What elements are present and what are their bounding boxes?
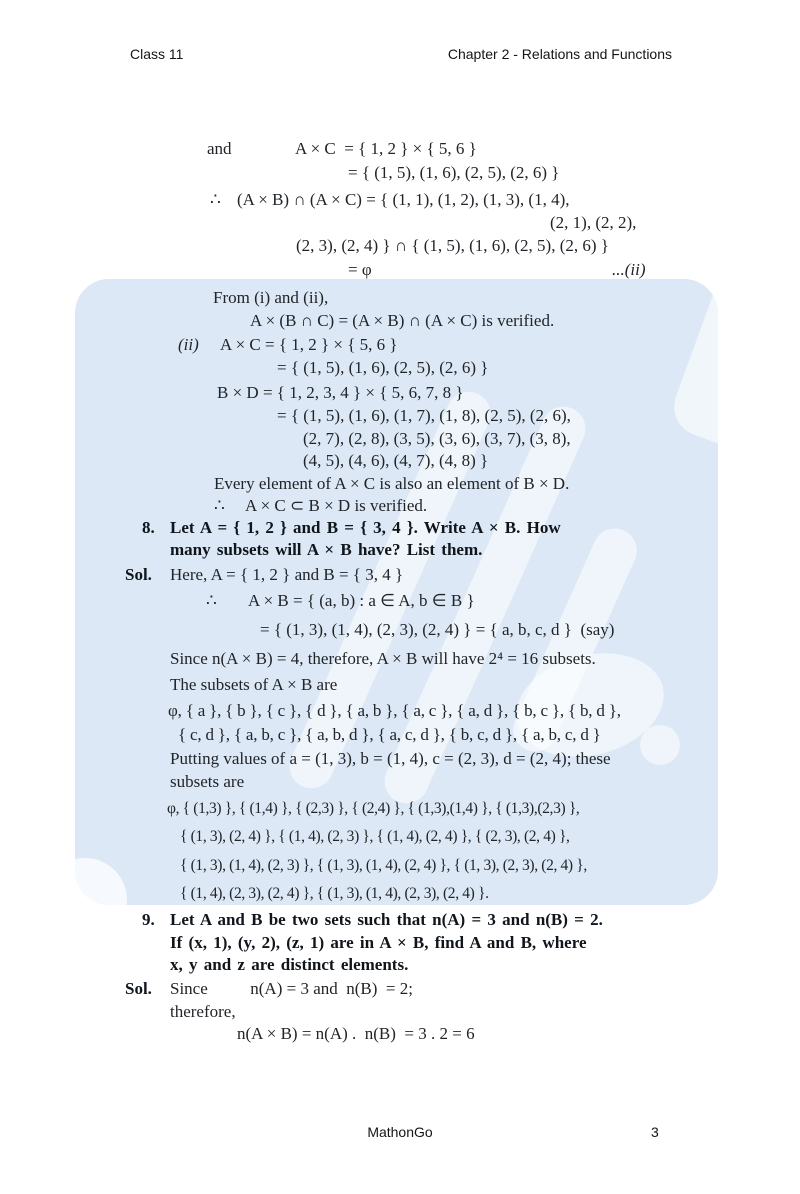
equation-text: n(A × B) = n(A) . n(B) = 3 . 2 = 6: [237, 1024, 475, 1043]
question-number: 8.: [142, 518, 170, 538]
question-text: If (x, 1), (y, 2), (z, 1) are in A × B, …: [170, 933, 587, 952]
question-8-line-1: 8.Let A = { 1, 2 } and B = { 3, 4 }. Wri…: [142, 518, 561, 538]
equation-text: (4, 5), (4, 6), (4, 7), (4, 8) }: [303, 451, 488, 470]
text: Since n(A) = 3 and n(B) = 2;: [170, 979, 413, 998]
solution-text: From (i) and (ii),: [213, 288, 328, 308]
text: subsets are: [170, 772, 244, 791]
equation-text: = { (1, 5), (1, 6), (1, 7), (1, 8), (2, …: [277, 406, 571, 425]
solution-text: Every element of A × C is also an elemen…: [214, 474, 569, 494]
equation-text: A × C ⊂ B × D is verified.: [245, 496, 427, 515]
equation-line: = { (1, 3), (1, 4), (2, 3), (2, 4) } = {…: [260, 620, 614, 640]
equation-line: (2, 3), (2, 4) } ∩ { (1, 5), (1, 6), (2,…: [296, 236, 609, 256]
equation-text: (A × B) ∩ (A × C) = { (1, 1), (1, 2), (1…: [237, 190, 570, 209]
subset-list-line: { (1, 3), (1, 4), (2, 3) }, { (1, 3), (1…: [180, 856, 587, 876]
equation-line: (2, 7), (2, 8), (3, 5), (3, 6), (3, 7), …: [303, 429, 571, 449]
and-connector: and: [207, 139, 295, 159]
equation-line: ∴(A × B) ∩ (A × C) = { (1, 1), (1, 2), (…: [210, 190, 570, 210]
equation-line: A × (B ∩ C) = (A × B) ∩ (A × C) is verif…: [250, 311, 554, 331]
question-9-line-2: If (x, 1), (y, 2), (z, 1) are in A × B, …: [170, 933, 587, 953]
footer-page-number: 3: [651, 1124, 659, 1140]
item-marker-ii: (ii): [178, 335, 220, 355]
header-class-label: Class 11: [130, 46, 183, 62]
solution-9-line: Sol.Since n(A) = 3 and n(B) = 2;: [125, 979, 413, 999]
subset-list-line: { (1, 4), (2, 3), (2, 4) }, { (1, 3), (1…: [180, 884, 489, 904]
watermark-corner-glow: [75, 858, 127, 905]
solution-text: therefore,: [170, 1002, 236, 1022]
equation-text: (2, 1), (2, 2),: [550, 213, 636, 232]
text: From (i) and (ii),: [213, 288, 328, 307]
solution-text: The subsets of A × B are: [170, 675, 337, 695]
equation-text: B × D = { 1, 2, 3, 4 } × { 5, 6, 7, 8 }: [217, 383, 464, 402]
equation-tag-ii: ...(ii): [612, 260, 646, 280]
equation-text: A × (B ∩ C) = (A × B) ∩ (A × C) is verif…: [250, 311, 554, 330]
equation-line: = φ...(ii): [348, 260, 372, 280]
question-9-line-3: x, y and z are distinct elements.: [170, 955, 408, 975]
therefore-symbol: ∴: [210, 190, 237, 210]
equation-text: A × C = { 1, 2 } × { 5, 6 }: [295, 139, 477, 158]
equation-text: (2, 7), (2, 8), (3, 5), (3, 6), (3, 7), …: [303, 429, 571, 448]
solution-text: Putting values of a = (1, 3), b = (1, 4)…: [170, 749, 611, 769]
sol-label: Sol.: [125, 565, 170, 585]
text: Putting values of a = (1, 3), b = (1, 4)…: [170, 749, 611, 768]
subset-list-line: φ, { a }, { b }, { c }, { d }, { a, b },…: [168, 701, 621, 721]
equation-text: = { (1, 5), (1, 6), (2, 5), (2, 6) }: [348, 163, 559, 182]
question-text: x, y and z are distinct elements.: [170, 955, 408, 974]
equation-line: n(A × B) = n(A) . n(B) = 3 . 2 = 6: [237, 1024, 475, 1044]
equation-text: = φ: [348, 260, 372, 279]
solution-text: Since n(A × B) = 4, therefore, A × B wil…: [170, 649, 596, 669]
header-chapter-title: Chapter 2 - Relations and Functions: [448, 46, 672, 62]
therefore-symbol: ∴: [214, 496, 245, 516]
subset-list-line: φ, { (1,3) }, { (1,4) }, { (2,3) }, { (2…: [167, 799, 579, 819]
question-9-line-1: 9.Let A and B be two sets such that n(A)…: [142, 910, 603, 930]
text: φ, { (1,3) }, { (1,4) }, { (2,3) }, { (2…: [167, 800, 579, 817]
equation-line: = { (1, 5), (1, 6), (1, 7), (1, 8), (2, …: [277, 406, 571, 426]
equation-line: (ii)A × C = { 1, 2 } × { 5, 6 }: [178, 335, 398, 355]
question-text: Let A and B be two sets such that n(A) =…: [170, 910, 603, 929]
therefore-symbol: ∴: [206, 591, 248, 611]
equation-text: A × B = { (a, b) : a ∈ A, b ∈ B }: [248, 591, 475, 610]
solution-text: subsets are: [170, 772, 244, 792]
sol-label: Sol.: [125, 979, 170, 999]
equation-text: = { (1, 5), (1, 6), (2, 5), (2, 6) }: [277, 358, 488, 377]
equation-line: (2, 1), (2, 2),: [550, 213, 636, 233]
text: { (1, 3), (2, 4) }, { (1, 4), (2, 3) }, …: [180, 828, 570, 845]
equation-line: B × D = { 1, 2, 3, 4 } × { 5, 6, 7, 8 }: [217, 383, 464, 403]
question-number: 9.: [142, 910, 170, 930]
text: { c, d }, { a, b, c }, { a, b, d }, { a,…: [178, 725, 601, 744]
question-text: many subsets will A × B have? List them.: [170, 540, 482, 559]
footer-brand: MathonGo: [0, 1124, 800, 1140]
question-8-line-2: many subsets will A × B have? List them.: [170, 540, 482, 560]
text: Here, A = { 1, 2 } and B = { 3, 4 }: [170, 565, 403, 584]
text: { (1, 4), (2, 3), (2, 4) }, { (1, 3), (1…: [180, 885, 489, 902]
equation-text: A × C = { 1, 2 } × { 5, 6 }: [220, 335, 398, 354]
equation-line: = { (1, 5), (1, 6), (2, 5), (2, 6) }: [277, 358, 488, 378]
watermark-stroke: [666, 279, 718, 462]
equation-line: andA × C = { 1, 2 } × { 5, 6 }: [207, 139, 477, 159]
equation-text: = { (1, 3), (1, 4), (2, 3), (2, 4) } = {…: [260, 620, 614, 639]
watermark-dot: [640, 725, 680, 765]
textbook-page: Class 11 Chapter 2 - Relations and Funct…: [0, 0, 800, 1194]
equation-line: ∴A × B = { (a, b) : a ∈ A, b ∈ B }: [206, 591, 475, 611]
text: { (1, 3), (1, 4), (2, 3) }, { (1, 3), (1…: [180, 857, 587, 874]
subset-list-line: { c, d }, { a, b, c }, { a, b, d }, { a,…: [178, 725, 601, 745]
subset-list-line: { (1, 3), (2, 4) }, { (1, 4), (2, 3) }, …: [180, 827, 570, 847]
equation-line: ∴A × C ⊂ B × D is verified.: [214, 496, 427, 516]
text: Every element of A × C is also an elemen…: [214, 474, 569, 493]
equation-line: = { (1, 5), (1, 6), (2, 5), (2, 6) }: [348, 163, 559, 183]
equation-line: (4, 5), (4, 6), (4, 7), (4, 8) }: [303, 451, 488, 471]
solution-8-line: Sol.Here, A = { 1, 2 } and B = { 3, 4 }: [125, 565, 403, 585]
text: therefore,: [170, 1002, 236, 1021]
question-text: Let A = { 1, 2 } and B = { 3, 4 }. Write…: [170, 518, 561, 537]
equation-text: (2, 3), (2, 4) } ∩ { (1, 5), (1, 6), (2,…: [296, 236, 609, 255]
text: Since n(A × B) = 4, therefore, A × B wil…: [170, 649, 596, 668]
text: The subsets of A × B are: [170, 675, 337, 694]
text: φ, { a }, { b }, { c }, { d }, { a, b },…: [168, 701, 621, 720]
